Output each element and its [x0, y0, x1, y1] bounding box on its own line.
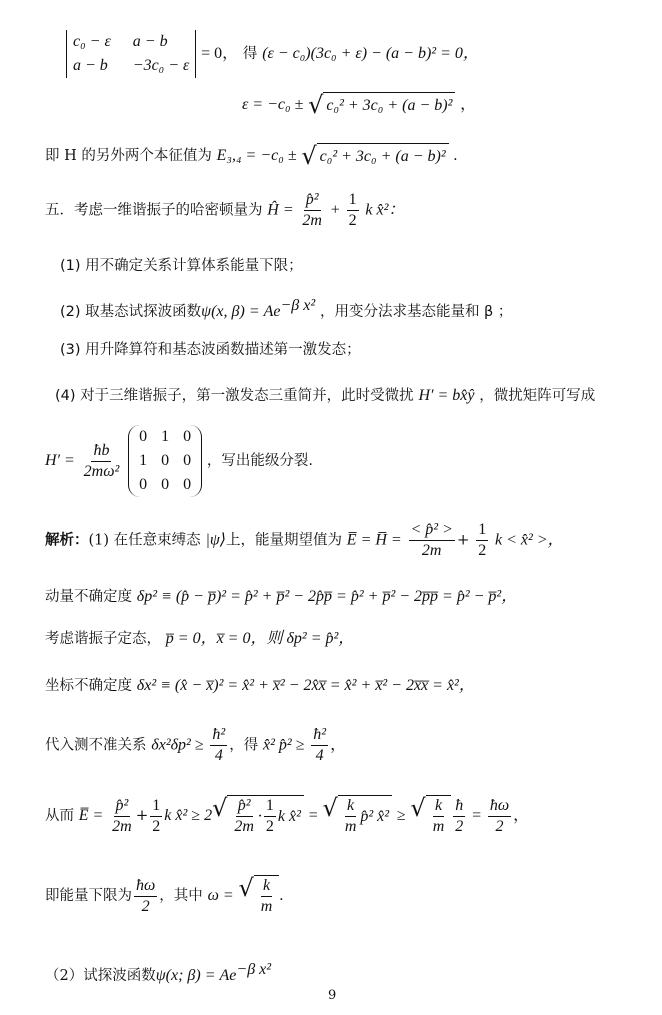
perturbation-matrix: H′ = ħb2mω² 0 1 0 1 0 0 0 0 0 ，写出能级分裂.: [45, 425, 313, 497]
numerator: ħ: [453, 796, 465, 817]
problem-intro: 五．考虑一维谐振子的哈密顿量为 Ĥ = p̂²2m + 12 k x̂²：: [45, 190, 404, 231]
punct: .: [453, 147, 457, 164]
s5-text2: ，得: [229, 738, 258, 754]
s3-math: p̅ = 0，x̅ = 0，则 δp² = p̂²，: [166, 630, 355, 647]
sq2-tail: p̂² x̂²: [360, 807, 389, 827]
solution-5: 代入测不准关系 δx²δp² ≥ ħ²4，得 x̂² p̂² ≥ ħ²4，: [45, 725, 346, 766]
fraction: ħ2: [453, 796, 465, 837]
fraction: 12: [347, 190, 359, 231]
numerator: p̂²: [236, 796, 253, 817]
numerator: 1: [264, 796, 276, 817]
matrix-cell: 0: [183, 427, 191, 447]
matrix-cell: 0: [183, 451, 191, 471]
s1-text: (1) 在任意束缚态: [89, 533, 201, 549]
matrix-cell: 0: [139, 475, 147, 495]
numerator: < p̂² >: [409, 520, 455, 541]
denominator: 2mω²: [82, 462, 122, 482]
punct: .: [279, 887, 283, 904]
sqrt: √p̂²2m·12k x̂²: [212, 795, 304, 837]
solution-7: 即能量下限为ħω2，其中 ω = √km.: [45, 875, 283, 917]
geq: ≥: [397, 807, 406, 824]
question-4: (4) 对于三维谐振子，第一激发态三重简并，此时受微扰 H′ = bx̂ŷ ，微…: [55, 385, 595, 406]
s2-math: δp² ≡ (p̂ − p̅)² = p̂² + p̅² − 2p̂p̅ = p…: [137, 588, 517, 605]
denominator: 2: [264, 817, 276, 837]
sqrt-content: c₀² + 3c₀ + (a − b)²: [317, 143, 449, 169]
problem-intro-text: 五．考虑一维谐振子的哈密顿量为: [45, 203, 263, 219]
denominator: 2: [453, 817, 465, 837]
solution-8: （2）试探波函数ψ(x; β) = Ae−β x²: [45, 960, 271, 986]
s5-math1: δx²δp² ≥: [151, 737, 203, 754]
matrix-cell: 0: [183, 475, 191, 495]
fraction: p̂²2m: [232, 796, 256, 837]
det-cell: −3c₀ − ε: [133, 56, 190, 76]
epsilon-solution: ε = −c₀ ± √c₀² + 3c₀ + (a − b)² ，: [242, 92, 476, 118]
plus: +: [331, 202, 340, 219]
dot: ·: [258, 807, 262, 827]
sqrt: √km: [410, 795, 451, 837]
denominator: 2: [476, 541, 488, 561]
denominator: m: [259, 897, 275, 917]
solution-4: 坐标不确定度 δx² ≡ (x̂ − x̅)² = x̂² + x̅² − 2x…: [45, 675, 475, 696]
sqrt: √kmp̂² x̂²: [323, 795, 393, 837]
q4-end: ，写出能级分裂.: [207, 453, 313, 469]
q4-text: (4) 对于三维谐振子，第一激发态三重简并，此时受微扰: [55, 388, 414, 404]
numerator: 1: [476, 520, 488, 541]
numerator: 1: [347, 190, 359, 211]
fraction: 12: [150, 796, 162, 837]
q4-math: H′ = bx̂ŷ: [418, 387, 474, 404]
fraction: ħ²4: [210, 725, 227, 766]
eigenvalue-text: 即 H 的另外两个本征值为: [45, 148, 212, 164]
hamiltonian-tail: k x̂²：: [365, 202, 404, 219]
det-cell: c₀ − ε: [73, 32, 111, 52]
s6-lhs: E̅ =: [79, 807, 104, 824]
solution-3: 考虑谐振子定态， p̅ = 0，x̅ = 0，则 δp² = p̂²，: [45, 628, 354, 649]
denominator: 2: [494, 817, 506, 837]
s1-lhs: E̅ = H̅ =: [347, 532, 402, 549]
denominator: 2m: [232, 817, 256, 837]
det-cell: a − b: [133, 32, 190, 52]
equals: =: [309, 807, 318, 824]
question-3: (3) 用升降算符和基态波函数描述第一激发态；: [60, 340, 361, 360]
s8-math: ψ(x; β) = Ae: [156, 967, 237, 984]
punct: ，: [330, 737, 346, 754]
matrix-cell: 0: [161, 451, 169, 471]
sqrt: √c₀² + 3c₀ + (a − b)²: [308, 92, 455, 118]
matrix: 0 1 0 1 0 0 0 0 0: [128, 425, 202, 497]
eigenvalues-line: 即 H 的另外两个本征值为 E₃,₄ = −c₀ ± √c₀² + 3c₀ + …: [45, 143, 457, 169]
fraction: 12: [264, 796, 276, 837]
numerator: ħ²: [210, 725, 227, 746]
fraction: ħω2: [134, 876, 157, 917]
det-cell: a − b: [73, 56, 111, 76]
fraction: p̂²2m: [300, 190, 324, 231]
ket-psi: |ψ⟩: [205, 532, 226, 549]
page-number: 9: [328, 988, 336, 1003]
equals-zero: = 0，: [201, 45, 238, 62]
fraction: 12: [476, 520, 488, 561]
matrix-cell: 0: [161, 475, 169, 495]
denominator: 2m: [300, 211, 324, 231]
numerator: ħb: [91, 441, 111, 462]
solution-6: 从而 E̅ = p̂²2m+12k x̂² ≥ 2√p̂²2m·12k x̂² …: [45, 795, 529, 837]
sqrt: √c₀² + 3c₀ + (a − b)²: [301, 143, 448, 169]
s5-text: 代入测不准关系: [45, 738, 147, 754]
fraction: km: [343, 796, 359, 837]
sqrt-content: km: [426, 795, 452, 837]
s5-math2: x̂² p̂² ≥: [263, 737, 304, 754]
characteristic-equation: (ε − c₀)(3c₀ + ε) − (a − b)² = 0，: [262, 45, 479, 62]
epsilon-lhs: ε = −c₀ ±: [242, 96, 303, 113]
sqrt-content: p̂²2m·12k x̂²: [227, 795, 304, 837]
solution-label: 解析：: [45, 532, 89, 549]
fraction: ħω2: [488, 796, 511, 837]
q2-math: ψ(x, β) = Ae: [201, 303, 280, 320]
fraction: km: [259, 876, 275, 917]
sqrt-content: c₀² + 3c₀ + (a − b)²: [323, 92, 455, 118]
s7-lhs: ω =: [208, 887, 234, 904]
q4-tail: ，微扰矩阵可写成: [479, 388, 595, 404]
matrix-lhs: H′ =: [45, 452, 75, 469]
denominator: m: [343, 817, 359, 837]
determinant: c₀ − ε a − b a − b −3c₀ − ε: [66, 30, 196, 78]
s4-math: δx² ≡ (x̂ − x̅)² = x̂² + x̅² − 2x̂x̅ = x…: [137, 677, 475, 694]
matrix-cell: 0: [139, 427, 147, 447]
eigenvalue-lhs: E₃,₄ = −c₀ ±: [217, 147, 297, 164]
denominator: 2m: [420, 541, 444, 561]
s1-text2: 上，能量期望值为: [226, 533, 342, 549]
fraction: < p̂² >2m: [409, 520, 455, 561]
numerator: ħ²: [311, 725, 328, 746]
sqrt-content: km: [254, 875, 280, 917]
matrix-cell: 1: [139, 451, 147, 471]
numerator: 1: [150, 796, 162, 817]
numerator: p̂²: [114, 796, 131, 817]
s4-text: 坐标不确定度: [45, 678, 132, 694]
s6-k1: k x̂² ≥ 2: [164, 807, 212, 824]
denominator: 4: [314, 746, 326, 766]
numerator: k: [261, 876, 272, 897]
denominator: 4: [213, 746, 225, 766]
q2-tail: ，用变分法求基态能量和 β ；: [320, 304, 512, 320]
text-de: 得: [243, 46, 258, 62]
numerator: ħω: [488, 796, 511, 817]
denominator: m: [431, 817, 447, 837]
s1-tail: k < x̂² >，: [495, 532, 564, 549]
s3-text: 考虑谐振子定态，: [45, 631, 161, 647]
fraction: ħ²4: [311, 725, 328, 766]
fraction: ħb2mω²: [82, 441, 122, 482]
solution-2: 动量不确定度 δp² ≡ (p̂ − p̅)² = p̂² + p̅² − 2p…: [45, 586, 517, 607]
numerator: k: [345, 796, 356, 817]
denominator: 2: [150, 817, 162, 837]
numerator: ħω: [134, 876, 157, 897]
s8-text: （2）试探波函数: [45, 968, 156, 984]
question-1: (1) 用不确定关系计算体系能量下限；: [60, 256, 303, 276]
sq-tail: k x̂²: [278, 807, 301, 827]
sqrt-content: kmp̂² x̂²: [338, 795, 392, 837]
fraction: km: [431, 796, 447, 837]
denominator: 2: [347, 211, 359, 231]
punct: ，: [513, 807, 529, 824]
determinant-equation: c₀ − ε a − b a − b −3c₀ − ε = 0， 得 (ε − …: [66, 30, 479, 78]
question-2: (2) 取基态试探波函数ψ(x, β) = Ae−β x² ，用变分法求基态能量…: [60, 296, 512, 322]
sqrt: √km: [238, 875, 279, 917]
s7-text: 即能量下限为: [45, 888, 132, 904]
q2-text: (2) 取基态试探波函数: [60, 304, 201, 320]
denominator: 2: [140, 897, 152, 917]
solution-1: 解析：(1) 在任意束缚态 |ψ⟩上，能量期望值为 E̅ = H̅ = < p̂…: [45, 520, 564, 561]
numerator: p̂²: [304, 190, 321, 211]
numerator: k: [433, 796, 444, 817]
s8-exponent: −β x²: [236, 961, 271, 978]
fraction: p̂²2m: [110, 796, 134, 837]
equals: =: [472, 807, 481, 824]
denominator: 2m: [110, 817, 134, 837]
s6-text: 从而: [45, 808, 74, 824]
s7-text2: ，其中: [159, 888, 203, 904]
q2-exponent: −β x²: [281, 297, 316, 314]
s2-text: 动量不确定度: [45, 589, 132, 605]
punct: ，: [460, 96, 476, 113]
matrix-cell: 1: [161, 427, 169, 447]
hamiltonian-lhs: Ĥ =: [267, 202, 293, 219]
